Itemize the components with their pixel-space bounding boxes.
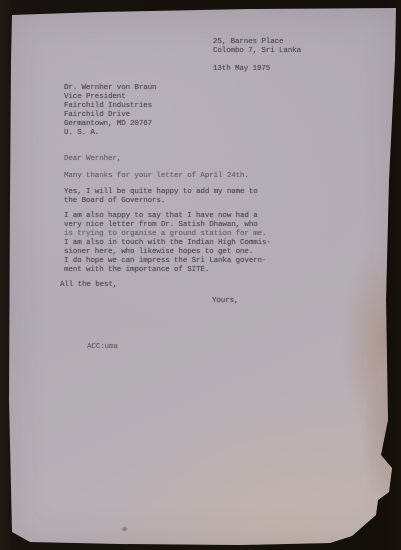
recipient-line: Fairchild Drive [64,111,130,120]
recipient-line: Vice President [64,93,126,102]
body-line: I am also in touch with the Indian High … [64,239,271,248]
recipient-line: Dr. Wernher von Braun [64,84,156,93]
body-line: I do hope we can impress the Sri Lanka g… [64,257,266,266]
body-line: very nice letter from Dr. Satish Dhawan,… [64,221,258,230]
recipient-line: U. S. A. [64,129,99,138]
body-line: ment with the importance of SITE. [64,266,209,275]
signoff: Yours, [212,297,238,306]
sender-address-line: Colombo 7, Sri Lanka [213,47,301,56]
paper-speck [122,527,127,531]
recipient-line: Germantown, MD 20767 [64,120,152,129]
body-line: Yes, I will be quite happy to add my nam… [64,188,258,197]
body-line: sioner here, who likewise hopes to get o… [64,248,253,257]
closing: All the best, [60,281,117,290]
body-line: Many thanks for your letter of April 24t… [64,172,249,181]
body-line: I am also happy to say that I have now h… [64,212,258,221]
typist-reference: ACC:uma [87,343,118,352]
salutation: Dear Wernher, [64,155,121,164]
body-line: the Board of Governors. [64,197,165,206]
date-line: 13th May 1975 [213,65,270,74]
torn-edge-stain [390,437,398,547]
body-line: is trying to organise a ground station f… [64,230,266,239]
sender-address-line: 25, Barnes Place [213,38,283,47]
recipient-line: Fairchild Industries [64,102,152,111]
scanned-letter-photo: 25, Barnes Place Colombo 7, Sri Lanka 13… [0,0,401,550]
